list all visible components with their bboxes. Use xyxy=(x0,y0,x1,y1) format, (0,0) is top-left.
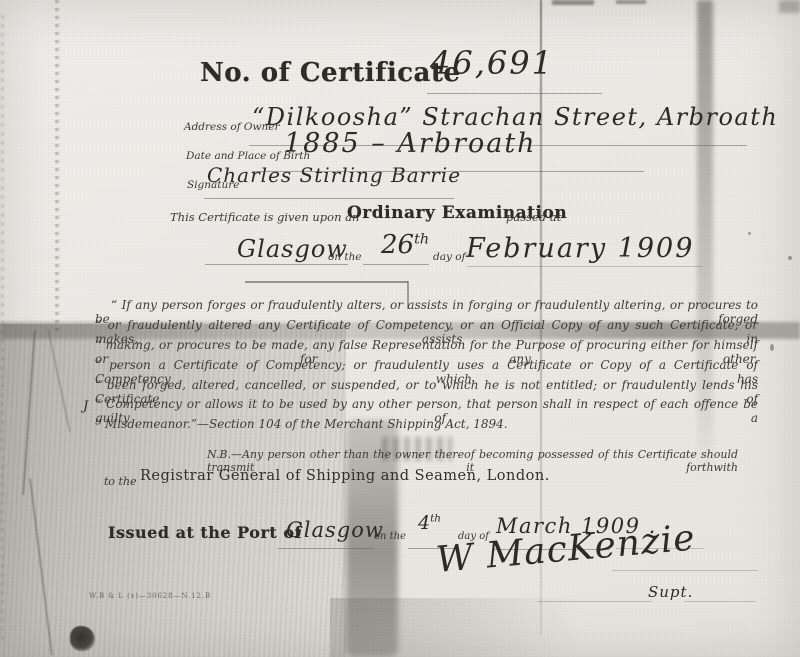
owner-address-value: “Dilkoosha” Strachan Street, Arbroath xyxy=(252,103,778,131)
legal-notice-paragraph: “ If any person forges or fraudulently a… xyxy=(95,298,758,437)
signature-underline xyxy=(204,198,454,199)
issue-port-underline xyxy=(278,548,374,549)
exam-sentence-suffix: passed at xyxy=(506,210,561,224)
exam-day-of-label: day of xyxy=(433,251,465,263)
exam-sentence-prefix: This Certificate is given upon an xyxy=(170,210,359,224)
curved-crease-1 xyxy=(22,330,36,495)
curved-crease-2 xyxy=(29,479,53,656)
left-edge-speckle xyxy=(1,15,4,645)
issue-day-suffix: th xyxy=(430,513,441,525)
certificate-number-label: No. of Certificate xyxy=(200,58,460,88)
issued-at-port-label: Issued at the Port of xyxy=(108,523,302,542)
exam-month-year-value: February 1909 xyxy=(466,233,694,264)
exam-on-the-label: on the xyxy=(328,251,362,263)
margin-pen-mark: J xyxy=(83,399,88,414)
nb-notice-line2-prefix: to the xyxy=(104,475,137,488)
crease-line-artifact xyxy=(245,281,408,283)
exam-day-underline xyxy=(363,264,429,265)
exam-day-value: 26th xyxy=(381,230,429,260)
paper-speck-1 xyxy=(788,256,792,260)
signature-side-rule xyxy=(612,570,758,571)
bottom-shadow-region xyxy=(330,598,580,657)
signer-title: Supt. xyxy=(648,583,693,601)
legal-line-4: “ person a Certificate of Competency; or… xyxy=(95,358,758,378)
top-right-corner-mark xyxy=(779,0,800,13)
top-edge-mark-2 xyxy=(616,0,646,4)
exam-port-underline xyxy=(205,264,348,265)
signature-bottom-rule-1 xyxy=(538,601,652,602)
certificate-number-underline xyxy=(427,93,602,94)
printer-code: W.B & L (s)—30628—N.12.B xyxy=(89,592,211,600)
birth-value: 1885 – Arbroath xyxy=(284,128,537,159)
exam-day-suffix: th xyxy=(414,231,429,247)
exam-day-number: 26 xyxy=(381,230,414,260)
issue-day-value: 4th xyxy=(418,512,441,534)
registrar-general-text: Registrar General of Shipping and Seamen… xyxy=(140,468,550,484)
issue-on-the-label: on the xyxy=(374,531,406,542)
issue-port-value: Glasgow xyxy=(286,518,384,542)
ink-blot xyxy=(70,626,95,651)
paper-speck-3 xyxy=(748,232,751,235)
paper-speck-2 xyxy=(770,344,774,351)
left-crease-line xyxy=(55,0,59,332)
certificate-document: No. of Certificate 46,691 Address of Own… xyxy=(0,0,800,657)
legal-line-5: “ been forged, altered, cancelled, or su… xyxy=(95,378,758,398)
exam-month-underline xyxy=(467,266,702,267)
signature-bottom-rule-2 xyxy=(684,601,756,602)
curved-crease-3 xyxy=(47,329,71,432)
issue-day-number: 4 xyxy=(418,512,430,534)
certificate-number-value: 46,691 xyxy=(430,44,554,82)
legal-line-2: “ or fraudulently altered any Certificat… xyxy=(95,318,758,338)
top-edge-mark-1 xyxy=(552,0,594,5)
signature-value: Charles Stirling Barrie xyxy=(207,163,461,187)
legal-line-1: “ If any person forges or fraudulently a… xyxy=(95,298,758,318)
legal-line-3: “ making, or procures to be made, any fa… xyxy=(95,338,758,358)
legal-line-6: “ Competency or allows it to be used by … xyxy=(95,397,758,417)
